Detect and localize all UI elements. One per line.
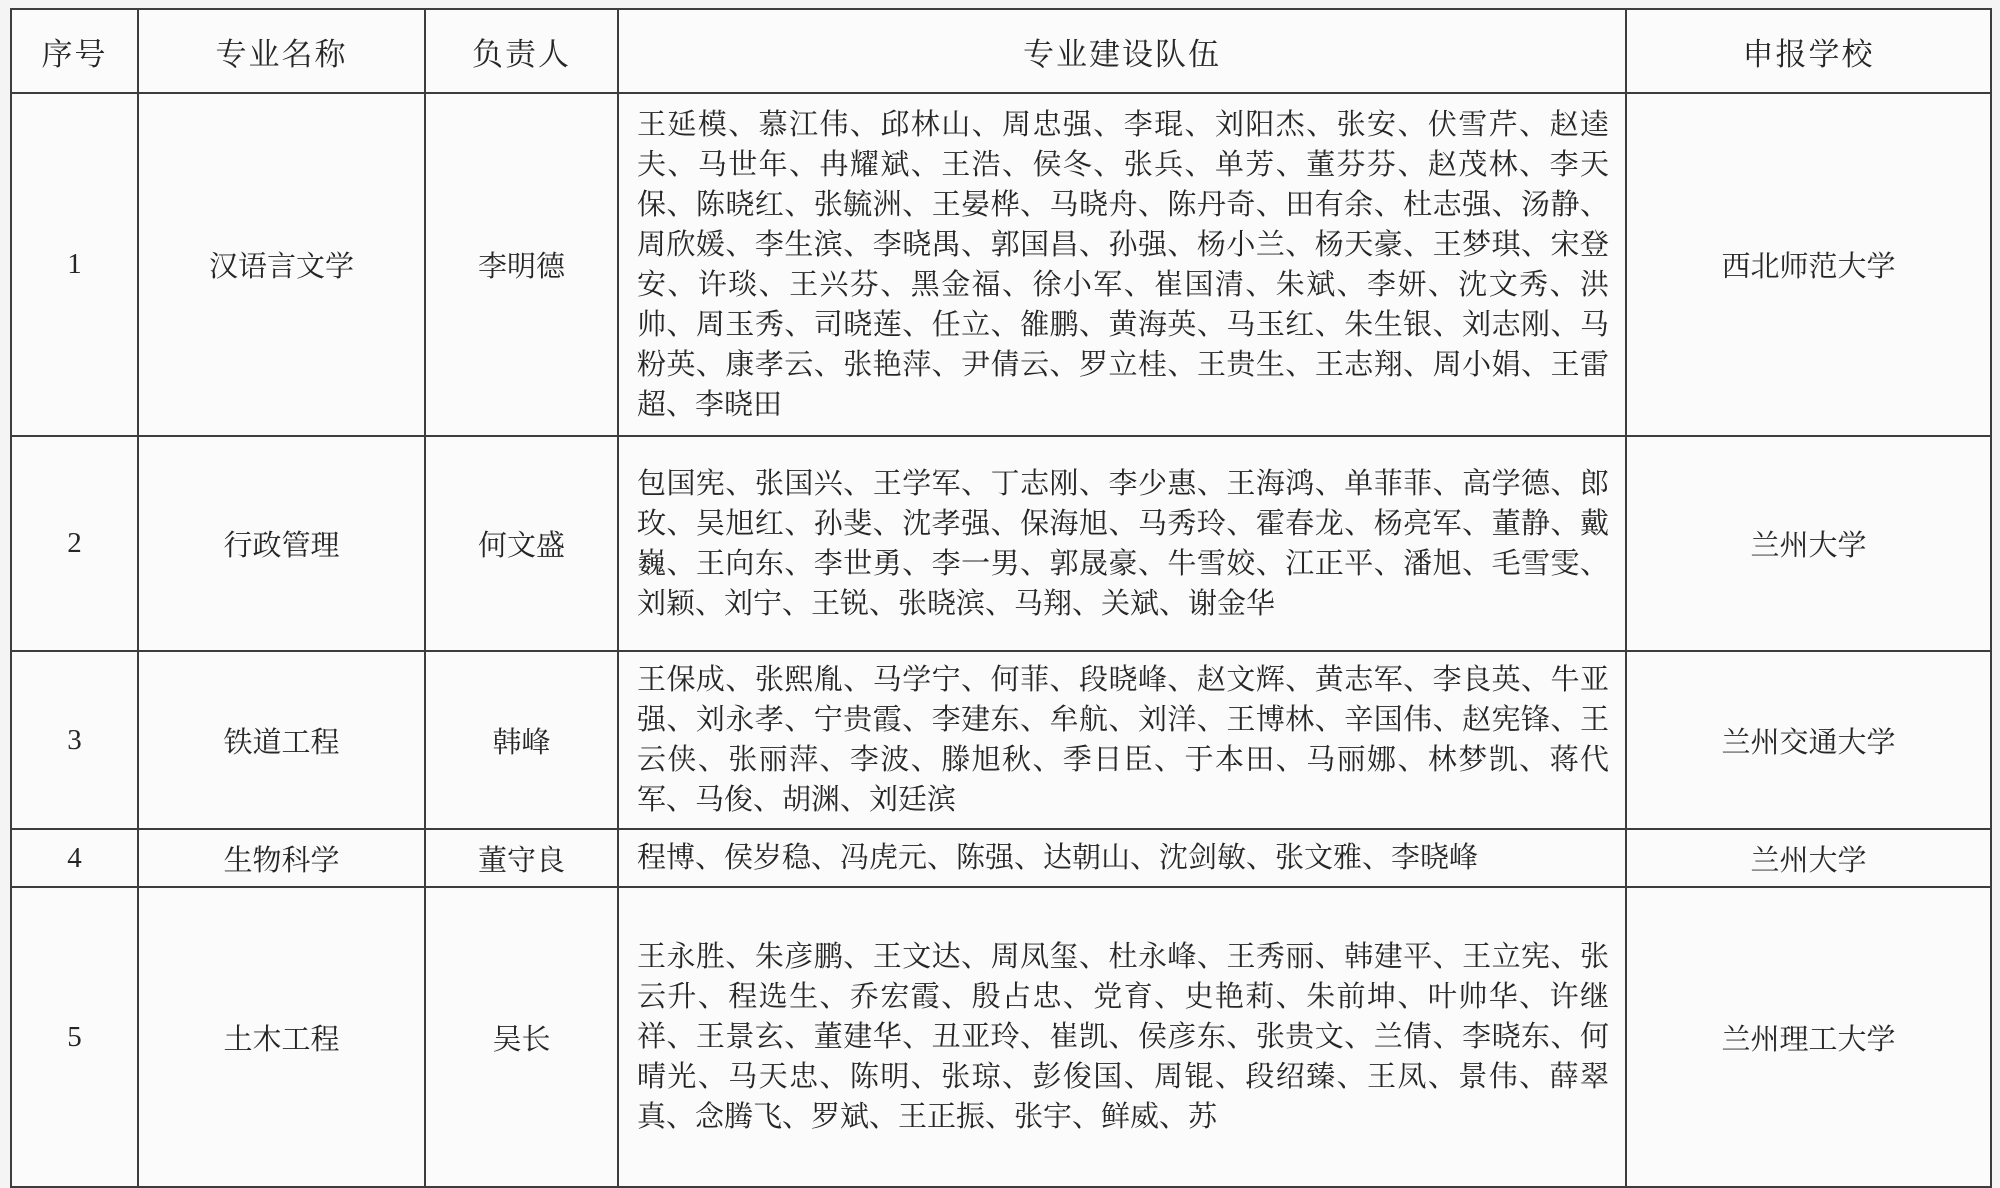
cell-team: 程博、侯岁稳、冯虎元、陈强、达朝山、沈剑敏、张文雅、李晓峰 (618, 829, 1626, 887)
cell-major: 铁道工程 (138, 651, 425, 829)
header-index: 序号 (11, 9, 138, 93)
cell-major: 土木工程 (138, 887, 425, 1094)
cell-school: 兰州大学 (1626, 436, 1991, 651)
table-row: 2 行政管理 何文盛 包国宪、张国兴、王学军、丁志刚、李少惠、王海鸿、单菲菲、高… (11, 436, 1991, 651)
cell-index: 2 (11, 436, 138, 651)
cell-major: 行政管理 (138, 436, 425, 651)
major-construction-table: 序号 专业名称 负责人 专业建设队伍 申报学校 1 汉语言文学 李明德 王延模、… (10, 8, 1992, 1094)
cell-leader: 吴长 (425, 887, 618, 1094)
cell-major: 汉语言文学 (138, 93, 425, 436)
cell-team: 王延模、慕江伟、邱林山、周忠强、李琨、刘阳杰、张安、伏雪芹、赵逵夫、马世年、冉耀… (618, 93, 1626, 436)
cell-team: 王永胜、朱彦鹏、王文达、周凤玺、杜永峰、王秀丽、韩建平、王立宪、张云升、程选生、… (618, 887, 1626, 1094)
cell-school: 兰州交通大学 (1626, 651, 1991, 829)
header-school: 申报学校 (1626, 9, 1991, 93)
table-row: 1 汉语言文学 李明德 王延模、慕江伟、邱林山、周忠强、李琨、刘阳杰、张安、伏雪… (11, 93, 1991, 436)
cell-leader: 董守良 (425, 829, 618, 887)
header-team: 专业建设队伍 (618, 9, 1626, 93)
cell-index: 1 (11, 93, 138, 436)
table-row: 4 生物科学 董守良 程博、侯岁稳、冯虎元、陈强、达朝山、沈剑敏、张文雅、李晓峰… (11, 829, 1991, 887)
cell-school: 兰州理工大学 (1626, 887, 1991, 1094)
cell-team: 王保成、张熙胤、马学宁、何菲、段晓峰、赵文辉、黄志军、李良英、牛亚强、刘永孝、宁… (618, 651, 1626, 829)
cell-school: 兰州大学 (1626, 829, 1991, 887)
cell-index: 4 (11, 829, 138, 887)
header-leader: 负责人 (425, 9, 618, 93)
cell-index: 3 (11, 651, 138, 829)
table-row: 5 土木工程 吴长 王永胜、朱彦鹏、王文达、周凤玺、杜永峰、王秀丽、韩建平、王立… (11, 887, 1991, 1094)
table-row: 3 铁道工程 韩峰 王保成、张熙胤、马学宁、何菲、段晓峰、赵文辉、黄志军、李良英… (11, 651, 1991, 829)
header-major: 专业名称 (138, 9, 425, 93)
cell-major: 生物科学 (138, 829, 425, 887)
cell-school: 西北师范大学 (1626, 93, 1991, 436)
cell-team: 包国宪、张国兴、王学军、丁志刚、李少惠、王海鸿、单菲菲、高学德、郎玫、吴旭红、孙… (618, 436, 1626, 651)
cell-leader: 李明德 (425, 93, 618, 436)
cell-leader: 韩峰 (425, 651, 618, 829)
cell-index: 5 (11, 887, 138, 1094)
header-row: 序号 专业名称 负责人 专业建设队伍 申报学校 (11, 9, 1991, 93)
cell-leader: 何文盛 (425, 436, 618, 651)
